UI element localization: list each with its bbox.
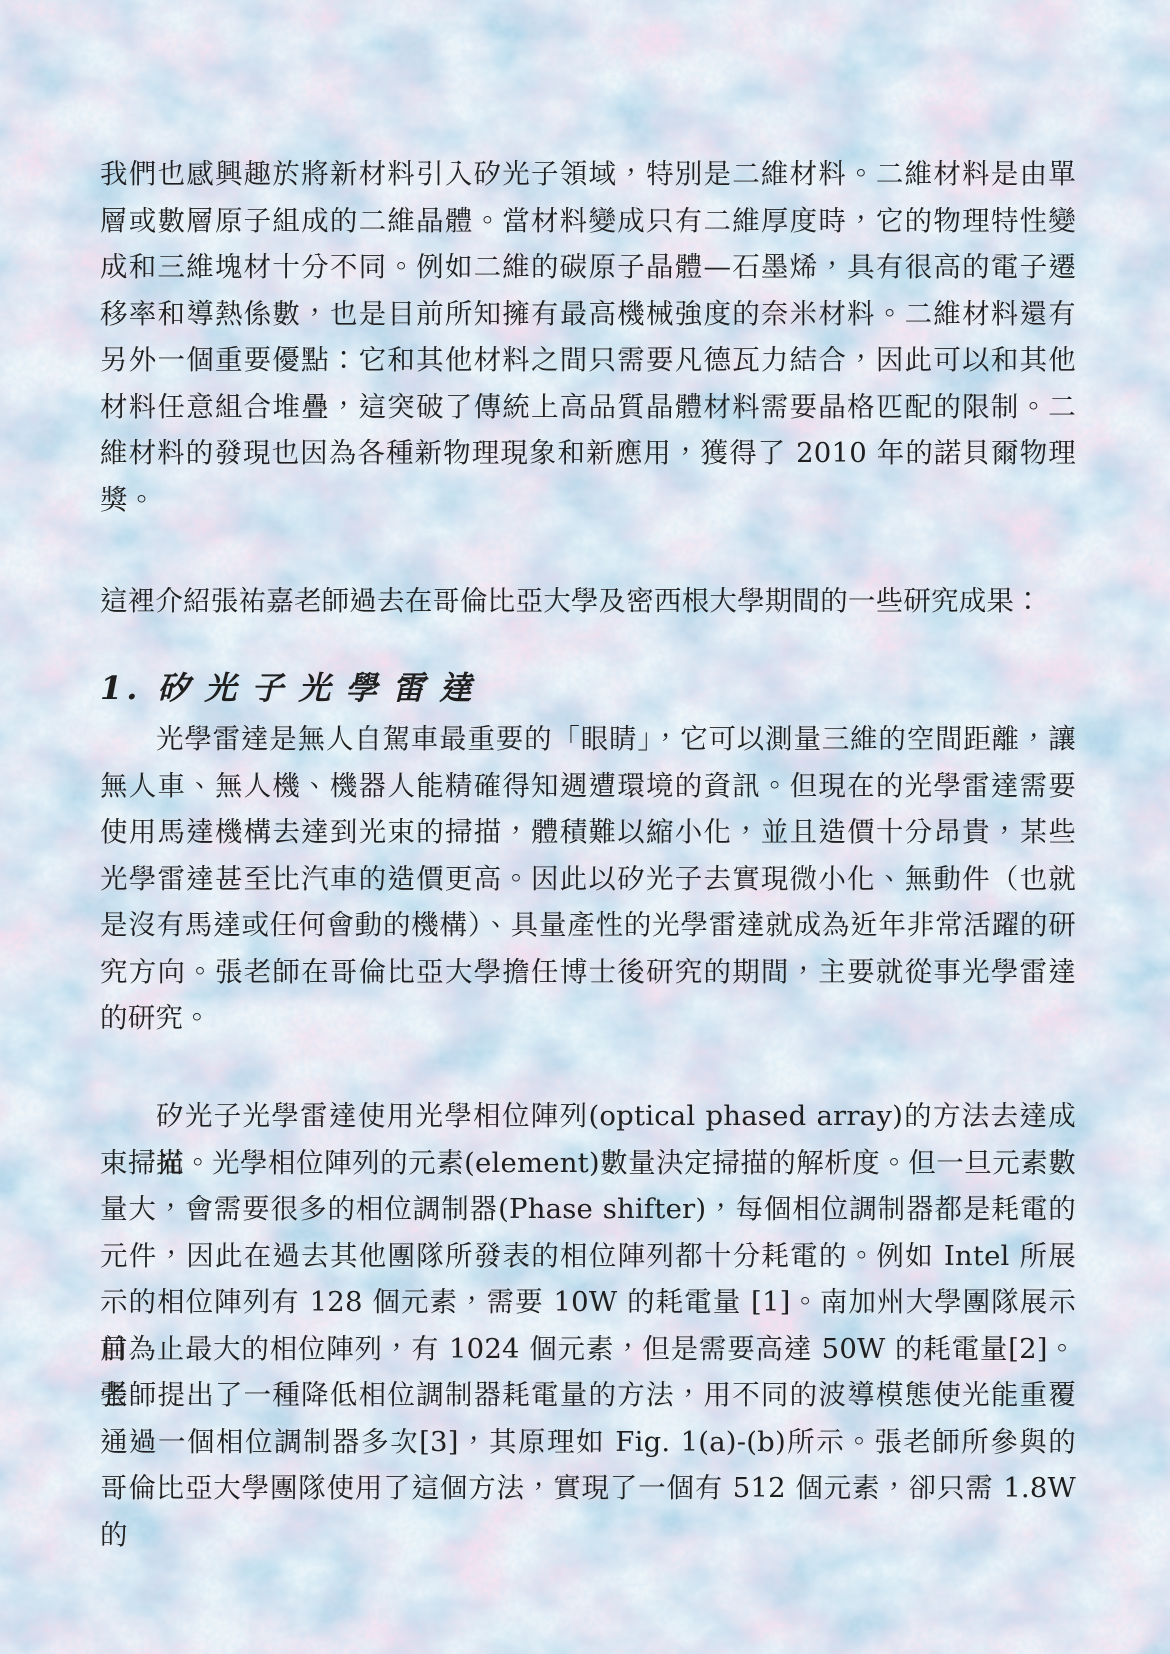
text-line: 究方向。張老師在哥倫比亞大學擔任博士後研究的期間，主要就從事光學雷達 — [100, 949, 1076, 996]
text-line: 量大，會需要很多的相位調制器(Phase shifter)，每個相位調制器都是耗… — [100, 1186, 1076, 1233]
text-line: 另外一個重要優點：它和其他材料之間只需要凡德瓦力結合，因此可以和其他 — [100, 337, 1076, 384]
paragraph-2d-materials: 我們也感興趣於將新材料引入矽光子領域，特別是二維材料。二維材料是由單 層或數層原… — [100, 151, 1076, 523]
text-line: 哥倫比亞大學團隊使用了這個方法，實現了一個有 512 個元素，卻只需 1.8W … — [100, 1465, 1076, 1512]
text-line: 成和三維塊材十分不同。例如二維的碳原子晶體—石墨烯，具有很高的電子遷 — [100, 244, 1076, 291]
text-line: 矽光子光學雷達使用光學相位陣列(optical phased array)的方法… — [100, 1093, 1076, 1140]
document-content: 我們也感興趣於將新材料引入矽光子領域，特別是二維材料。二維材料是由單 層或數層原… — [0, 0, 1170, 1654]
section-number: 1. — [100, 669, 141, 707]
text-line: 光學雷達甚至比汽車的造價更高。因此以矽光子去實現微小化、無動件（也就 — [100, 856, 1076, 903]
text-line: 材料任意組合堆疊，這突破了傳統上高品質晶體材料需要晶格匹配的限制。二 — [100, 384, 1076, 431]
text-line: 移率和導熱係數，也是目前所知擁有最高機械強度的奈米材料。二維材料還有 — [100, 291, 1076, 338]
text-line: 是沒有馬達或任何會動的機構）、具量產性的光學雷達就成為近年非常活躍的研 — [100, 902, 1076, 949]
section-1-heading: 1.矽光子光學雷達 — [100, 664, 486, 712]
text-line: 束掃描。光學相位陣列的元素(element)數量決定掃描的解析度。但一旦元素數 — [100, 1140, 1076, 1187]
intro-sentence: 這裡介紹張祐嘉老師過去在哥倫比亞大學及密西根大學期間的一些研究成果： — [100, 578, 1076, 625]
section-title: 矽光子光學雷達 — [157, 669, 486, 707]
text-line: 維材料的發現也因為各種新物理現象和新應用，獲得了 2010 年的諾貝爾物理 — [100, 430, 1076, 477]
text-line: 獎。 — [100, 477, 1076, 524]
paragraph-optical-phased-array: 矽光子光學雷達使用光學相位陣列(optical phased array)的方法… — [100, 1093, 1076, 1512]
text-line: 通過一個相位調制器多次[3]，其原理如 Fig. 1(a)-(b)所示。張老師所… — [100, 1419, 1076, 1466]
text-line: 前為止最大的相位陣列，有 1024 個元素，但是需要高達 50W 的耗電量[2]… — [100, 1326, 1076, 1373]
text-line: 的研究。 — [100, 995, 1076, 1042]
text-line: 我們也感興趣於將新材料引入矽光子領域，特別是二維材料。二維材料是由單 — [100, 151, 1076, 198]
text-line: 無人車、無人機、機器人能精確得知週遭環境的資訊。但現在的光學雷達需要 — [100, 763, 1076, 810]
paragraph-lidar-background: 光學雷達是無人自駕車最重要的「眼睛」，它可以測量三維的空間距離，讓 無人車、無人… — [100, 716, 1076, 1042]
text-line: 元件，因此在過去其他團隊所發表的相位陣列都十分耗電的。例如 Intel 所展 — [100, 1233, 1076, 1280]
intro-sentence-block: 這裡介紹張祐嘉老師過去在哥倫比亞大學及密西根大學期間的一些研究成果： — [100, 578, 1076, 625]
text-line: 使用馬達機構去達到光束的掃描，體積難以縮小化，並且造價十分昂貴，某些 — [100, 809, 1076, 856]
text-line: 光學雷達是無人自駕車最重要的「眼睛」，它可以測量三維的空間距離，讓 — [100, 716, 1076, 763]
text-line: 層或數層原子組成的二維晶體。當材料變成只有二維厚度時，它的物理特性變 — [100, 198, 1076, 245]
text-line: 示的相位陣列有 128 個元素，需要 10W 的耗電量 [1]。南加州大學團隊展… — [100, 1279, 1076, 1326]
text-line: 老師提出了一種降低相位調制器耗電量的方法，用不同的波導模態使光能重覆 — [100, 1372, 1076, 1419]
document-page: 我們也感興趣於將新材料引入矽光子領域，特別是二維材料。二維材料是由單 層或數層原… — [0, 0, 1170, 1654]
